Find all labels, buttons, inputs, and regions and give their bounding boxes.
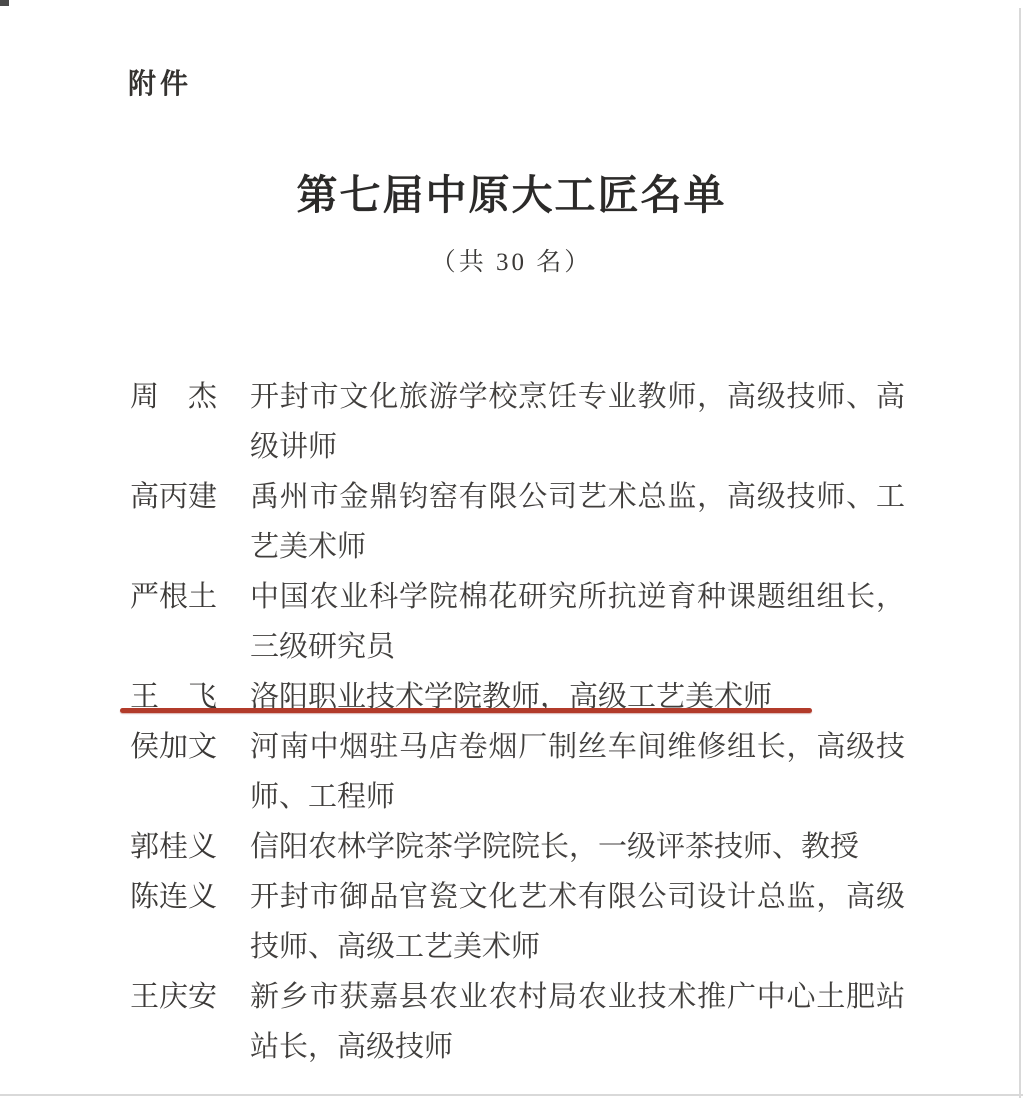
- entry-description: 河南中烟驻马店卷烟厂制丝车间维修组长，高级技师、工程师: [250, 722, 905, 822]
- craftsman-list: 周 杰 开封市文化旅游学校烹饪专业教师，高级技师、高级讲师 高丙建 禹州市金鼎钧…: [130, 372, 905, 1072]
- entry-description: 开封市文化旅游学校烹饪专业教师，高级技师、高级讲师: [250, 372, 905, 472]
- entry-name: 高丙建: [130, 472, 218, 522]
- entry-description: 信阳农林学院茶学院院长，一级评茶技师、教授: [250, 822, 905, 872]
- attachment-label: 附件: [128, 62, 192, 102]
- list-entry: 郭桂义 信阳农林学院茶学院院长，一级评茶技师、教授: [130, 822, 905, 872]
- list-entry: 王庆安 新乡市获嘉县农业农村局农业技术推广中心土肥站站长，高级技师: [130, 972, 905, 1072]
- page-title: 第七届中原大工匠名单: [0, 162, 1023, 221]
- highlight-underline: [120, 708, 812, 713]
- document-page: 附件 第七届中原大工匠名单 （共 30 名） 周 杰 开封市文化旅游学校烹饪专业…: [0, 0, 1023, 1098]
- entry-description: 新乡市获嘉县农业农村局农业技术推广中心土肥站站长，高级技师: [250, 972, 905, 1072]
- list-entry: 周 杰 开封市文化旅游学校烹饪专业教师，高级技师、高级讲师: [130, 372, 905, 472]
- entry-name: 王 飞: [130, 672, 218, 722]
- screenshot-corner-artifact: [0, 0, 9, 6]
- entry-description: 中国农业科学院棉花研究所抗逆育种课题组组长，三级研究员: [250, 572, 905, 672]
- page-edge-bottom: [0, 1094, 1023, 1096]
- entry-name: 周 杰: [130, 372, 218, 422]
- entry-description: 洛阳职业技术学院教师，高级工艺美术师: [250, 672, 905, 722]
- entry-name: 王庆安: [130, 972, 218, 1022]
- entry-name: 严根土: [130, 572, 218, 622]
- page-subtitle: （共 30 名）: [0, 242, 1023, 278]
- entry-name: 郭桂义: [130, 822, 218, 872]
- list-entry: 高丙建 禹州市金鼎钧窑有限公司艺术总监，高级技师、工艺美术师: [130, 472, 905, 572]
- entry-description: 开封市御品官瓷文化艺术有限公司设计总监，高级技师、高级工艺美术师: [250, 872, 905, 972]
- list-entry: 严根土 中国农业科学院棉花研究所抗逆育种课题组组长，三级研究员: [130, 572, 905, 672]
- list-entry: 陈连义 开封市御品官瓷文化艺术有限公司设计总监，高级技师、高级工艺美术师: [130, 872, 905, 972]
- list-entry: 侯加文 河南中烟驻马店卷烟厂制丝车间维修组长，高级技师、工程师: [130, 722, 905, 822]
- entry-description: 禹州市金鼎钧窑有限公司艺术总监，高级技师、工艺美术师: [250, 472, 905, 572]
- entry-name: 陈连义: [130, 872, 218, 922]
- entry-name: 侯加文: [130, 722, 218, 772]
- list-entry: 王 飞 洛阳职业技术学院教师，高级工艺美术师: [130, 672, 905, 722]
